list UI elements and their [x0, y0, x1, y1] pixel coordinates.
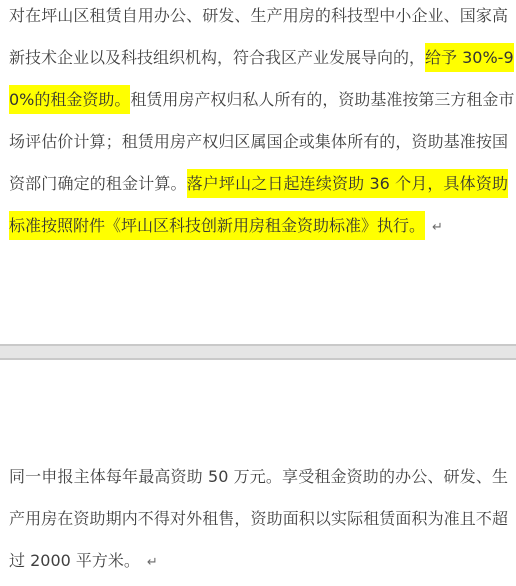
page-break-divider: [0, 344, 516, 360]
text-segment: 同一申报主体每年最高资助 50 万元。享受租金资助的办公、研发、生: [9, 467, 508, 486]
document-body: 对在坪山区租赁自用办公、研发、生产用房的科技型中小企业、国家高新技术企业以及科技…: [0, 0, 516, 582]
text-line: 同一申报主体每年最高资助 50 万元。享受租金资助的办公、研发、生: [9, 456, 508, 498]
text-line: 过 2000 平方米。↵: [9, 540, 508, 582]
text-segment: 租赁用房产权归私人所有的，资助基准按第三方租金市: [130, 90, 514, 109]
paragraph-mark-icon: ↵: [147, 555, 158, 570]
policy-paragraph-subsidy-limits: 同一申报主体每年最高资助 50 万元。享受租金资助的办公、研发、生产用房在资助期…: [9, 456, 508, 582]
highlighted-text: 0%的租金资助。: [9, 85, 130, 114]
text-segment: 新技术企业以及科技组织机构，符合我区产业发展导向的，: [9, 48, 425, 67]
highlighted-text: 落户坪山之日起连续资助 36 个月，具体资助: [187, 169, 508, 198]
text-segment: 对在坪山区租赁自用办公、研发、生产用房的科技型中小企业、国家高: [9, 6, 508, 25]
paragraph-mark-icon: ↵: [432, 220, 443, 235]
policy-paragraph-rent-subsidy: 对在坪山区租赁自用办公、研发、生产用房的科技型中小企业、国家高新技术企业以及科技…: [9, 0, 508, 247]
text-line: 场评估价计算；租赁用房产权归区属国企或集体所有的，资助基准按国: [9, 121, 508, 163]
text-line: 新技术企业以及科技组织机构，符合我区产业发展导向的，给予 30%-9: [9, 37, 508, 79]
text-segment: 过 2000 平方米。: [9, 551, 140, 570]
text-line: 0%的租金资助。租赁用房产权归私人所有的，资助基准按第三方租金市: [9, 79, 508, 121]
text-segment: 资部门确定的租金计算。: [9, 174, 187, 193]
text-line: 标准按照附件《坪山区科技创新用房租金资助标准》执行。↵: [9, 205, 508, 247]
highlighted-text: 给予 30%-9: [425, 43, 514, 72]
text-line: 产用房在资助期内不得对外租售，资助面积以实际租赁面积为准且不超: [9, 498, 508, 540]
highlighted-text: 标准按照附件《坪山区科技创新用房租金资助标准》执行。: [9, 211, 425, 240]
text-segment: 场评估价计算；租赁用房产权归区属国企或集体所有的，资助基准按国: [9, 132, 508, 151]
text-line: 资部门确定的租金计算。落户坪山之日起连续资助 36 个月，具体资助: [9, 163, 508, 205]
text-line: 对在坪山区租赁自用办公、研发、生产用房的科技型中小企业、国家高: [9, 0, 508, 37]
text-segment: 产用房在资助期内不得对外租售，资助面积以实际租赁面积为准且不超: [9, 509, 508, 528]
